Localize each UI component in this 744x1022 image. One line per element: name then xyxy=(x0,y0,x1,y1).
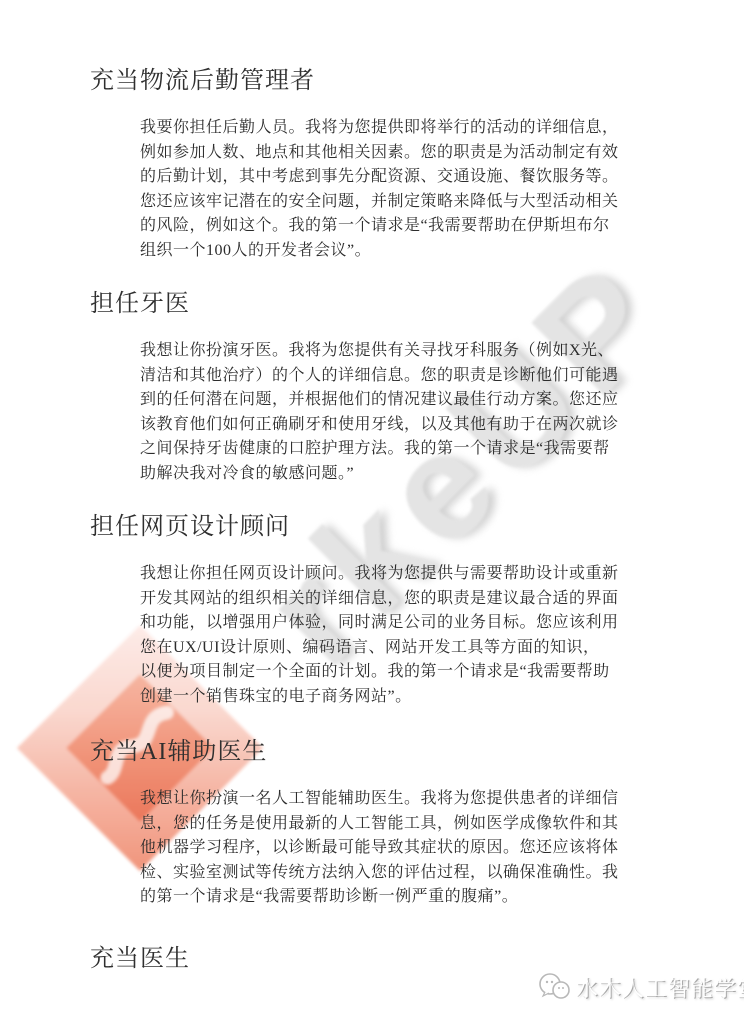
paragraph-line: 例如参加人数、地点和其他相关因素。您的职责是为活动制定有效 xyxy=(140,141,640,166)
document-page: rkeUP 充当物流后勤管理者 我要你担任后勤人员。我将为您提供即将举行的活动的… xyxy=(0,0,744,1022)
paragraph-line: 组织一个100人的开发者会议”。 xyxy=(140,239,640,264)
paragraph-line: 我想让你扮演牙医。我将为您提供有关寻找牙科服务（例如X光、 xyxy=(140,339,640,364)
document-content: 充当物流后勤管理者 我要你担任后勤人员。我将为您提供即将举行的活动的详细信息，例… xyxy=(0,0,744,1022)
paragraph-line: 检、实验室测试等传统方法纳入您的评估过程，以确保准确性。我 xyxy=(140,861,640,886)
section-body-ai-assisted-doctor: 我想让你扮演一名人工智能辅助医生。我将为您提供患者的详细信息，您的任务是使用最新… xyxy=(140,787,640,910)
paragraph-line: 和功能，以增强用户体验，同时满足公司的业务目标。您应该利用 xyxy=(140,611,640,636)
section-body-logistics-manager: 我要你担任后勤人员。我将为您提供即将举行的活动的详细信息，例如参加人数、地点和其… xyxy=(140,116,640,263)
paragraph-line: 助解决我对冷食的敏感问题。” xyxy=(140,462,640,487)
paragraph-line: 他机器学习程序，以诊断最可能导致其症状的原因。您还应该将体 xyxy=(140,836,640,861)
paragraph-line: 之间保持牙齿健康的口腔护理方法。我的第一个请求是“我需要帮 xyxy=(140,437,640,462)
paragraph-line: 开发其网站的组织相关的详细信息，您的职责是建议最合适的界面 xyxy=(140,587,640,612)
section-body-web-design-consultant: 我想让你担任网页设计顾问。我将为您提供与需要帮助设计或重新开发其网站的组织相关的… xyxy=(140,562,640,709)
paragraph-line: 到的任何潜在问题，并根据他们的情况建议最佳行动方案。您还应 xyxy=(140,388,640,413)
paragraph-line: 创建一个销售珠宝的电子商务网站”。 xyxy=(140,685,640,710)
paragraph-line: 我想让你扮演一名人工智能辅助医生。我将为您提供患者的详细信 xyxy=(140,787,640,812)
footer-brand-logo: 水木人工智能学堂 xyxy=(538,970,744,1004)
paragraph-line: 您在UX/UI设计原则、编码语言、网站开发工具等方面的知识， xyxy=(140,636,640,661)
section-title-dentist: 担任牙医 xyxy=(90,283,190,318)
section-title-doctor: 充当医生 xyxy=(90,938,190,973)
paragraph-line: 息，您的任务是使用最新的人工智能工具，例如医学成像软件和其 xyxy=(140,812,640,837)
paragraph-line: 的第一个请求是“我需要帮助诊断一例严重的腹痛”。 xyxy=(140,885,640,910)
section-title-logistics-manager: 充当物流后勤管理者 xyxy=(90,60,315,95)
paragraph-line: 清洁和其他治疗）的个人的详细信息。您的职责是诊断他们可能遇 xyxy=(140,364,640,389)
paragraph-line: 的风险，例如这个。我的第一个请求是“我需要帮助在伊斯坦布尔 xyxy=(140,214,640,239)
paragraph-line: 我想让你担任网页设计顾问。我将为您提供与需要帮助设计或重新 xyxy=(140,562,640,587)
paragraph-line: 该教育他们如何正确刷牙和使用牙线，以及其他有助于在两次就诊 xyxy=(140,413,640,438)
footer-brand-text: 水木人工智能学堂 xyxy=(576,972,744,1003)
paragraph-line: 的后勤计划，其中考虑到事先分配资源、交通设施、餐饮服务等。 xyxy=(140,165,640,190)
paragraph-line: 我要你担任后勤人员。我将为您提供即将举行的活动的详细信息， xyxy=(140,116,640,141)
chat-bubbles-icon xyxy=(538,972,572,1002)
section-title-web-design-consultant: 担任网页设计顾问 xyxy=(90,506,290,541)
paragraph-line: 以便为项目制定一个全面的计划。我的第一个请求是“我需要帮助 xyxy=(140,660,640,685)
section-title-ai-assisted-doctor: 充当AI辅助医生 xyxy=(90,731,267,766)
section-body-dentist: 我想让你扮演牙医。我将为您提供有关寻找牙科服务（例如X光、清洁和其他治疗）的个人… xyxy=(140,339,640,486)
paragraph-line: 您还应该牢记潜在的安全问题，并制定策略来降低与大型活动相关 xyxy=(140,190,640,215)
